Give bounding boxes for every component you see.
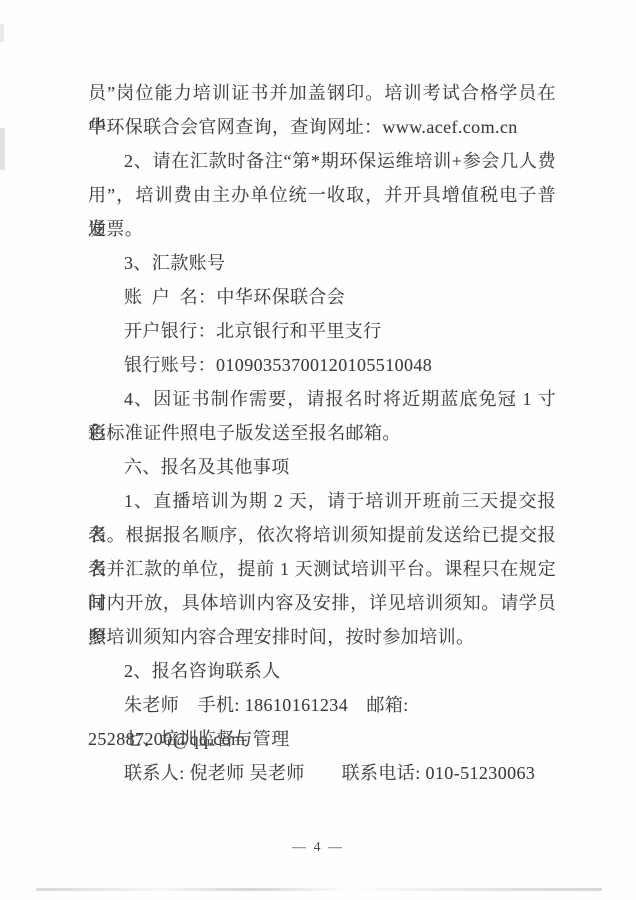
remit-account-heading: 3、汇款账号 <box>88 246 556 280</box>
scan-artifact <box>36 888 602 891</box>
bank-account-line: 银行账号：01090353700120105510048 <box>88 348 556 382</box>
doc-line: 间内开放，具体培训内容及安排，详见培训须知。请学员参 <box>88 586 556 620</box>
scan-artifact <box>0 24 4 42</box>
contact-info-line: 朱老师 手机: 18610161234 邮箱: 252887200@qq.com <box>88 688 556 722</box>
supervision-contact-line: 联系人: 倪老师 吴老师 联系电话: 010-51230063 <box>88 756 556 790</box>
section-six-heading: 六、报名及其他事项 <box>88 450 556 484</box>
doc-line: 1、直播培训为期 2 天，请于培训开班前三天提交报名 <box>88 484 556 518</box>
doc-line: 表。根据报名顺序，依次将培训须知提前发送给已提交报名 <box>88 518 556 552</box>
doc-line: 员”岗位能力培训证书并加盖钢印。培训考试合格学员在中 <box>88 76 556 110</box>
bank-branch-line: 开户银行：北京银行和平里支行 <box>88 314 556 348</box>
doc-line: 色标准证件照电子版发送至报名邮箱。 <box>88 416 556 450</box>
doc-line: 4、因证书制作需要，请报名时将近期蓝底免冠 1 寸彩 <box>88 382 556 416</box>
account-name-line: 账 户 名：中华环保联合会 <box>88 280 556 314</box>
scanned-document-page: 员”岗位能力培训证书并加盖钢印。培训考试合格学员在中 华环保联合会官网查询，查询… <box>0 0 636 900</box>
doc-line: 照培训须知内容合理安排时间，按时参加培训。 <box>88 620 556 654</box>
doc-line: 发票。 <box>88 212 556 246</box>
doc-line: 用”，培训费由主办单位统一收取，并开具增值税电子普通 <box>88 178 556 212</box>
page-number: — 4 — <box>0 836 636 860</box>
document-body: 员”岗位能力培训证书并加盖钢印。培训考试合格学员在中 华环保联合会官网查询，查询… <box>88 76 556 790</box>
scan-artifact <box>0 128 5 170</box>
doc-line: 2、请在汇款时备注“第*期环保运维培训+参会几人费 <box>88 144 556 178</box>
doc-line: 华环保联合会官网查询，查询网址：www.acef.com.cn <box>88 110 556 144</box>
contact-heading: 2、报名咨询联系人 <box>88 654 556 688</box>
section-seven-heading: 七、培训监督与管理 <box>88 722 556 756</box>
doc-line: 表并汇款的单位，提前 1 天测试培训平台。课程只在规定时 <box>88 552 556 586</box>
